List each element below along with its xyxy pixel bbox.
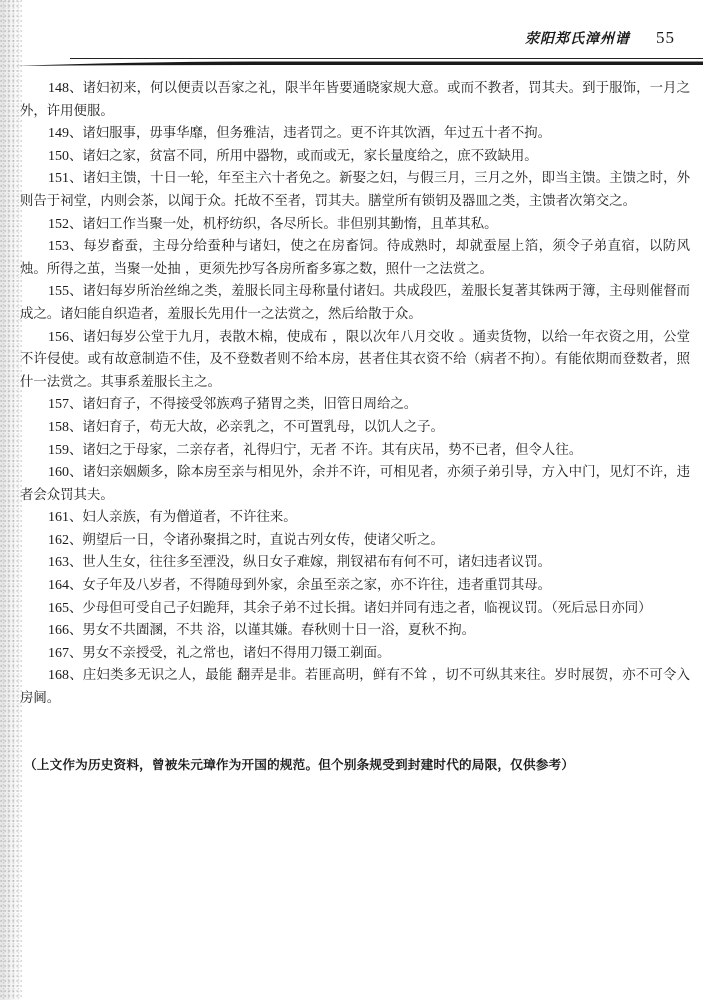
page-header: 荥阳郑氏漳州谱 55 xyxy=(525,28,675,48)
rule-152: 152、诸妇工作当聚一处，机杼纺织，各尽所长。非但别其勤惰，且革其私。 xyxy=(20,214,690,237)
rule-157: 157、诸妇育子，不得接受邻族鸡子猪胃之类，旧管日周给之。 xyxy=(20,394,690,417)
rule-156: 156、诸妇每岁公堂于九月，表散木棉，使成布 ，限以次年八月交收 。通卖货物，以… xyxy=(20,327,690,395)
scan-edge-texture xyxy=(0,0,22,1000)
book-title: 荥阳郑氏漳州谱 xyxy=(525,28,630,48)
rule-151: 151、诸妇主馈，十日一轮，年至主六十者免之。新娶之妇，与假三月，三月之外，即当… xyxy=(20,168,690,213)
rule-149: 149、诸妇服事，毋事华靡，但务雅洁，违者罚之。更不许其饮酒，年过五十者不拘。 xyxy=(20,123,690,146)
page-number: 55 xyxy=(656,28,675,48)
rule-167: 167、男女不亲授受，礼之常也，诸妇不得用刀镊工剃面。 xyxy=(20,643,690,666)
rule-155: 155、诸妇每岁所治丝绵之类，羞服长同主母称量付诸妇。共成段匹，羞服长复著其铢两… xyxy=(20,281,690,326)
rule-163: 163、世人生女，往往多至湮没，纵日女子难嫁，荆钗裙布有何不可，诸妇违者议罚。 xyxy=(20,552,690,575)
rule-150: 150、诸妇之家，贫富不同，所用中器物，或而或无，家长量度给之，庶不致缺用。 xyxy=(20,146,690,169)
rules-list: 148、诸妇初来，何以便责以吾家之礼，限半年皆要通晓家规大意。或而不教者，罚其夫… xyxy=(20,78,690,711)
rule-148: 148、诸妇初来，何以便责以吾家之礼，限半年皆要通晓家规大意。或而不教者，罚其夫… xyxy=(20,78,690,123)
header-rule-thin xyxy=(70,58,703,59)
rule-159: 159、诸妇之于母家，二亲存者，礼得归宁，无者 不许。其有庆吊，势不已者，但令人… xyxy=(20,440,690,463)
rule-160: 160、诸妇亲姻颇多，除本房至亲与相见外，余并不许，可相见者，亦须子弟引导，方入… xyxy=(20,462,690,507)
rule-164: 164、女子年及八岁者，不得随母到外家，余虽至亲之家，亦不许往，违者重罚其母。 xyxy=(20,575,690,598)
rule-165: 165、少母但可受自己子妇跪拜，其余子弟不过长揖。诸妇并同有违之者，临视议罚。（… xyxy=(20,598,690,621)
rule-166: 166、男女不共圊溷，不共 浴，以谨其嫌。春秋则十日一浴，夏秋不拘。 xyxy=(20,620,690,643)
rule-153: 153、每岁畜蚕，主母分给蚕种与诸妇，使之在房畜饲。待成熟时，却就蚕屋上箔，须令… xyxy=(20,236,690,281)
header-rule-thick xyxy=(16,61,703,66)
rule-158: 158、诸妇育子，苟无大故，必亲乳之，不可置乳母，以饥人之子。 xyxy=(20,417,690,440)
footnote: （上文作为历史资料，曾被朱元璋作为开国的规范。但个别条规受到封建时代的局限，仅供… xyxy=(24,754,574,773)
rule-162: 162、朔望后一日，令诸孙聚揖之时，直说古列女传，使诸父听之。 xyxy=(20,530,690,553)
rule-161: 161、妇人亲族，有为僧道者，不许往来。 xyxy=(20,507,690,530)
rule-168: 168、庄妇类多无识之人，最能 翻弄是非。若匪高明，鲜有不耸 ，切不可纵其来往。… xyxy=(20,665,690,710)
